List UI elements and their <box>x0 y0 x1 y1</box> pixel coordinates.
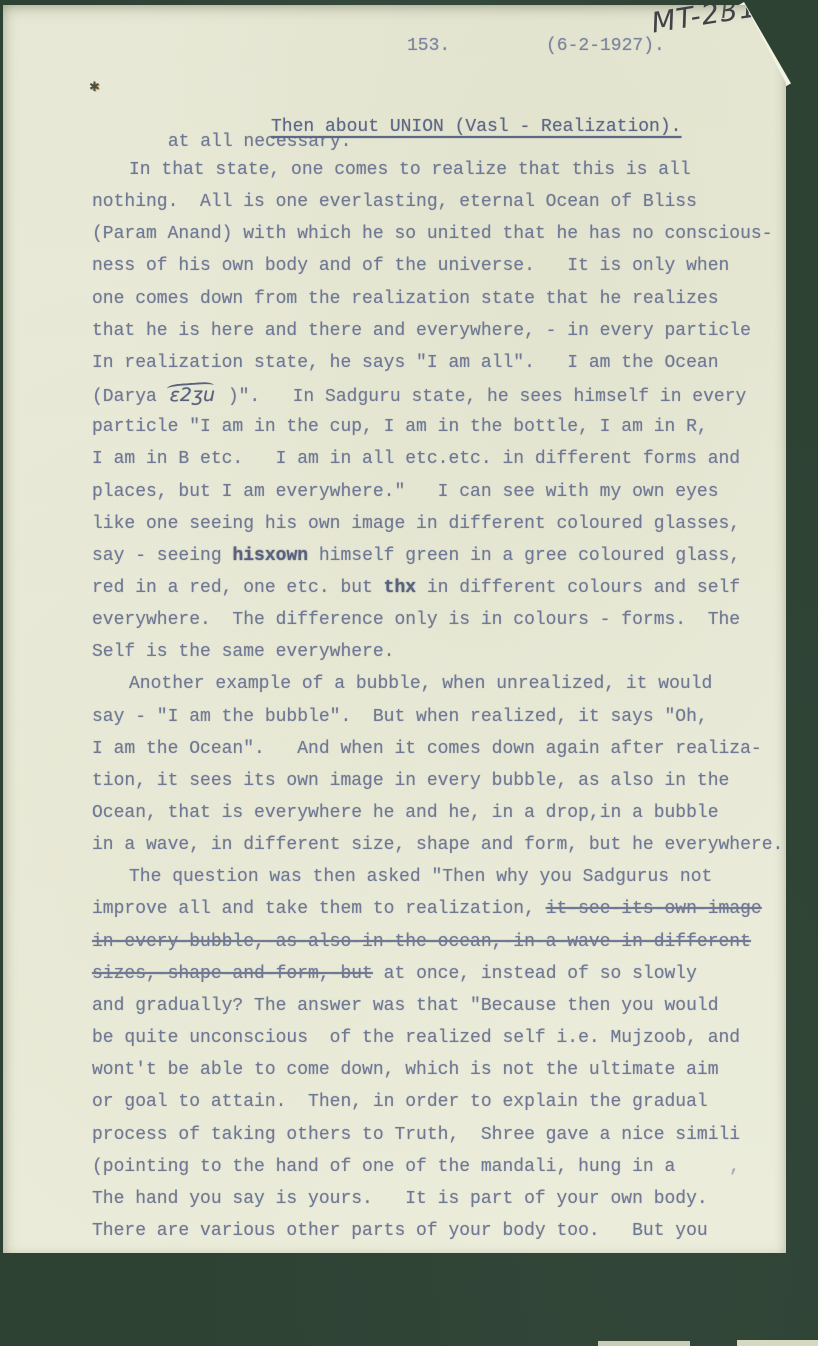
text-segment: I am the Ocean". And when it comes down … <box>92 739 762 759</box>
text-line: that he is here and there and everywhere… <box>92 319 751 343</box>
text-line: There are various other parts of your bo… <box>92 1219 708 1243</box>
text-line: improve all and take them to realization… <box>92 897 762 921</box>
text-segment: ness of his own body and of the universe… <box>92 256 729 276</box>
text-segment: There are various other parts of your bo… <box>92 1221 708 1241</box>
text-line: The question was then asked "Then why yo… <box>92 865 712 889</box>
text-segment: and gradually? The answer was that "Beca… <box>92 996 719 1016</box>
text-segment: in-every-bubble,-as-also-in-the-ocean,-i… <box>92 932 751 952</box>
underlying-sheet-edge <box>737 1340 818 1346</box>
text-line: In that state, one comes to realize that… <box>92 158 691 182</box>
text-segment: particle "I am in the cup, I am in the b… <box>92 417 708 437</box>
text-segment: )". In Sadguru state, he sees himself in… <box>217 387 746 407</box>
text-segment: (Darya <box>92 387 168 407</box>
text-line: Ocean, that is everywhere he and he, in … <box>92 801 719 825</box>
text-line: everywhere. The difference only is in co… <box>92 608 740 632</box>
text-line: I am the Ocean". And when it comes down … <box>92 737 762 761</box>
text-segment: red in a red, one etc. but <box>92 578 384 598</box>
text-segment: I am in B etc. I am in all etc.etc. in d… <box>92 449 740 469</box>
text-segment: say - seeing <box>92 546 232 566</box>
text-line: Another example of a bubble, when unreal… <box>92 672 712 696</box>
text-segment: In that state, one comes to realize that… <box>129 160 691 180</box>
text-segment: (pointing to the hand of one of the mand… <box>92 1157 675 1177</box>
text-segment: it-see-its-own-image <box>546 899 762 919</box>
text-segment: (Param Anand) with which he so united th… <box>92 224 773 244</box>
text-line: and gradually? The answer was that "Beca… <box>92 994 719 1018</box>
text-line: be quite unconscious of the realized sel… <box>92 1026 740 1050</box>
text-line: ness of his own body and of the universe… <box>92 254 729 278</box>
text-segment: Self is the same everywhere. <box>92 642 394 662</box>
text-line: one comes down from the realization stat… <box>92 287 719 311</box>
text-line: nothing. All is one everlasting, eternal… <box>92 190 697 214</box>
text-line: in-every-bubble,-as-also-in-the-ocean,-i… <box>92 930 751 954</box>
text-line: say - seeing hisxown himself green in a … <box>92 544 740 568</box>
text-segment: everywhere. The difference only is in co… <box>92 610 740 630</box>
text-segment: The question was then asked "Then why yo… <box>129 867 712 887</box>
document-page: MT-231 153. (6-2-1927). ✱ at all necessa… <box>3 5 786 1253</box>
text-line: wont't be able to come down, which is no… <box>92 1058 719 1082</box>
text-segment: Ocean, that is everywhere he and he, in … <box>92 803 719 823</box>
text-segment: thx <box>384 578 416 598</box>
text-line: I am in B etc. I am in all etc.etc. in d… <box>92 447 740 471</box>
text-segment: wont't be able to come down, which is no… <box>92 1060 719 1080</box>
text-segment: at once, instead of so slowly <box>373 964 697 984</box>
text-segment: hisxown <box>232 546 308 566</box>
text-line: In realization state, he says "I am all"… <box>92 351 719 375</box>
text-line: Self is the same everywhere. <box>92 640 394 664</box>
handwritten-annotation: MT-231 <box>649 0 760 40</box>
text-line: sizes,-shape-and-form,-but at once, inst… <box>92 962 697 986</box>
text-segment: in different colours and self <box>416 578 740 598</box>
page-number: 153. <box>407 36 450 56</box>
text-segment: be quite unconscious of the realized sel… <box>92 1028 740 1048</box>
text-segment: process of taking others to Truth, Shree… <box>92 1125 740 1145</box>
text-line: (Param Anand) with which he so united th… <box>92 222 773 246</box>
text-line: red in a red, one etc. but thx in differ… <box>92 576 740 600</box>
text-line: in a wave, in different size, shape and … <box>92 833 783 857</box>
text-segment: one comes down from the realization stat… <box>92 289 719 309</box>
text-line: (pointing to the hand of one of the mand… <box>92 1155 740 1179</box>
text-segment: tion, it sees its own image in every bub… <box>92 771 729 791</box>
handwritten-script: ε2ʒu <box>168 384 217 406</box>
text-segment: Another example of a bubble, when unreal… <box>129 674 712 694</box>
text-segment: or goal to attain. Then, in order to exp… <box>92 1092 708 1112</box>
text-segment: The hand you say is yours. It is part of… <box>92 1189 708 1209</box>
text-line: places, but I am everywhere." I can see … <box>92 480 719 504</box>
text-line: like one seeing his own image in differe… <box>92 512 740 536</box>
page-date: (6-2-1927). <box>546 36 665 56</box>
text-line: say - "I am the bubble". But when realiz… <box>92 705 708 729</box>
text-segment: places, but I am everywhere." I can see … <box>92 482 719 502</box>
text-segment: in a wave, in different size, shape and … <box>92 835 783 855</box>
scan-scene: MT-231 153. (6-2-1927). ✱ at all necessa… <box>0 0 818 1346</box>
text-segment: nothing. All is one everlasting, eternal… <box>92 192 697 212</box>
text-line: tion, it sees its own image in every bub… <box>92 769 729 793</box>
text-line: particle "I am in the cup, I am in the b… <box>92 415 708 439</box>
text-line: The hand you say is yours. It is part of… <box>92 1187 708 1211</box>
text-segment: improve all and take them to realization… <box>92 899 546 919</box>
text-line: (Darya ε2ʒu )". In Sadguru state, he see… <box>92 383 746 409</box>
scanned-typescript-page: { "scan": { "background_color": "#2e4234… <box>0 0 818 1346</box>
text-segment: that he is here and there and everywhere… <box>92 321 751 341</box>
section-heading: Then about UNION (Vasl - Realization). <box>271 117 681 137</box>
text-segment: In realization state, he says "I am all"… <box>92 353 719 373</box>
text-segment: sizes,-shape-and-form,-but <box>92 964 373 984</box>
text-segment: , <box>675 1157 740 1177</box>
text-segment: say - "I am the bubble". But when realiz… <box>92 707 708 727</box>
text-segment: himself green in a gree coloured glass, <box>308 546 740 566</box>
text-line: or goal to attain. Then, in order to exp… <box>92 1090 708 1114</box>
text-segment: like one seeing his own image in differe… <box>92 514 740 534</box>
underlying-sheet-edge <box>598 1341 690 1346</box>
text-line: process of taking others to Truth, Shree… <box>92 1123 740 1147</box>
asterisk-mark: ✱ <box>89 76 100 100</box>
